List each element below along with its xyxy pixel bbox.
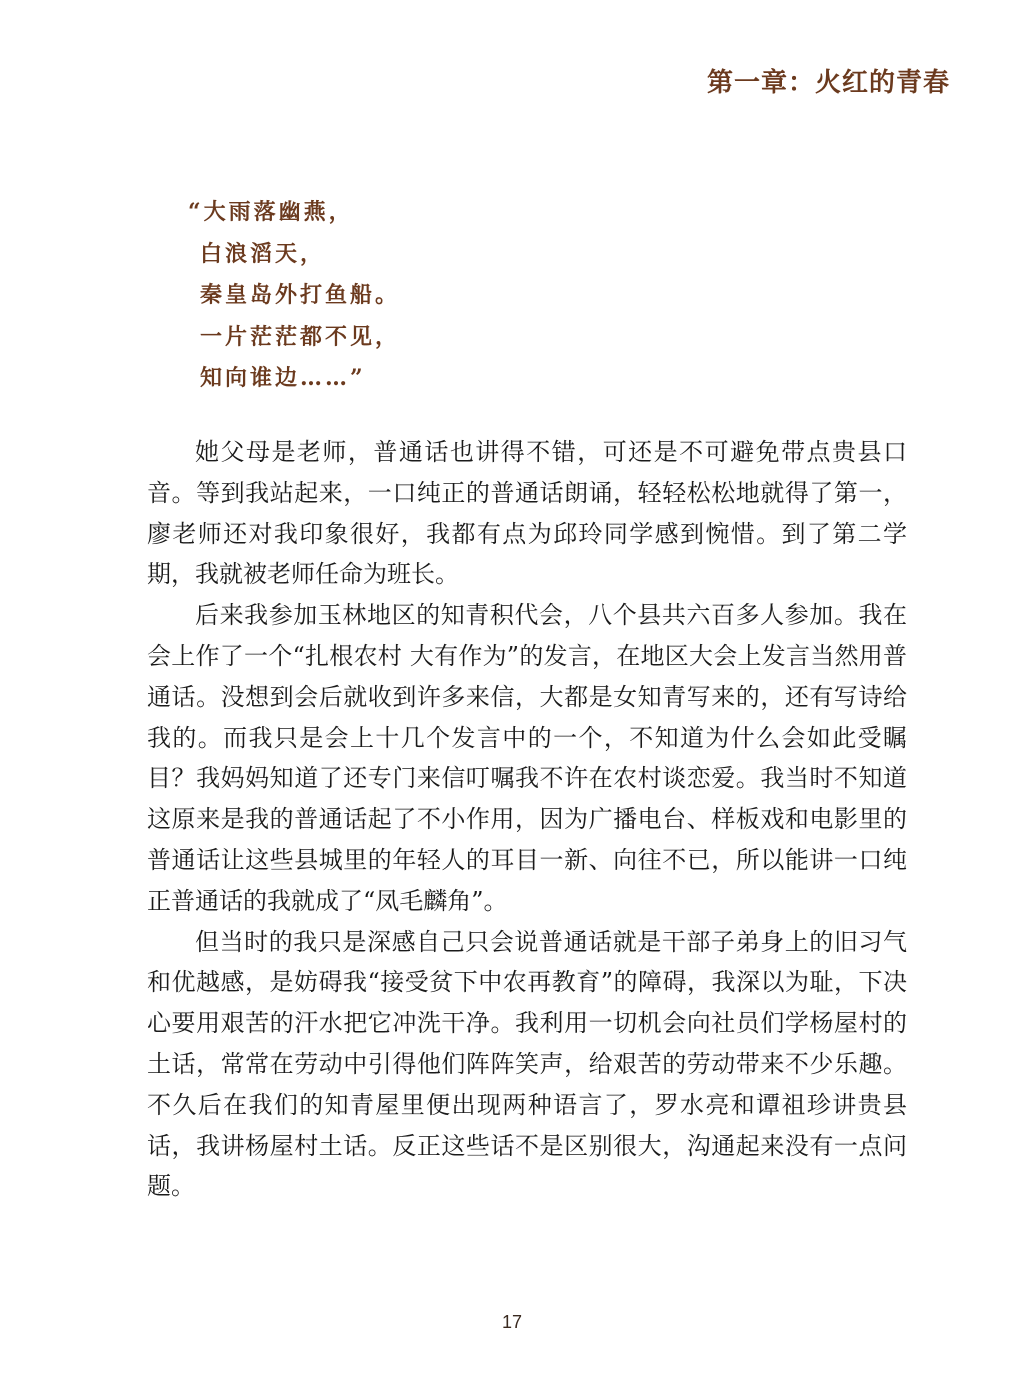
poem-line: “大雨落幽燕， bbox=[188, 192, 400, 234]
paragraph: 但当时的我只是深感自己只会说普通话就是干部子弟身上的旧习气和优越感，是妨碍我“接… bbox=[147, 922, 907, 1208]
paragraph: 她父母是老师，普通话也讲得不错，可还是不可避免带点贵县口音。等到我站起来，一口纯… bbox=[147, 432, 907, 595]
chapter-title: 第一章：火红的青春 bbox=[707, 62, 950, 99]
poem-line: 秦皇岛外打鱼船。 bbox=[200, 275, 400, 317]
paragraph: 后来我参加玉林地区的知青积代会，八个县共六百多人参加。我在会上作了一个“扎根农村… bbox=[147, 595, 907, 921]
poem-line: 知向谁边……” bbox=[200, 358, 400, 400]
page-number: 17 bbox=[0, 1312, 1024, 1333]
poem-quote: “大雨落幽燕， 白浪滔天， 秦皇岛外打鱼船。 一片茫茫都不见， 知向谁边……” bbox=[200, 192, 400, 400]
poem-line: 白浪滔天， bbox=[200, 234, 400, 276]
poem-line: 一片茫茫都不见， bbox=[200, 317, 400, 359]
body-text: 她父母是老师，普通话也讲得不错，可还是不可避免带点贵县口音。等到我站起来，一口纯… bbox=[147, 432, 907, 1207]
